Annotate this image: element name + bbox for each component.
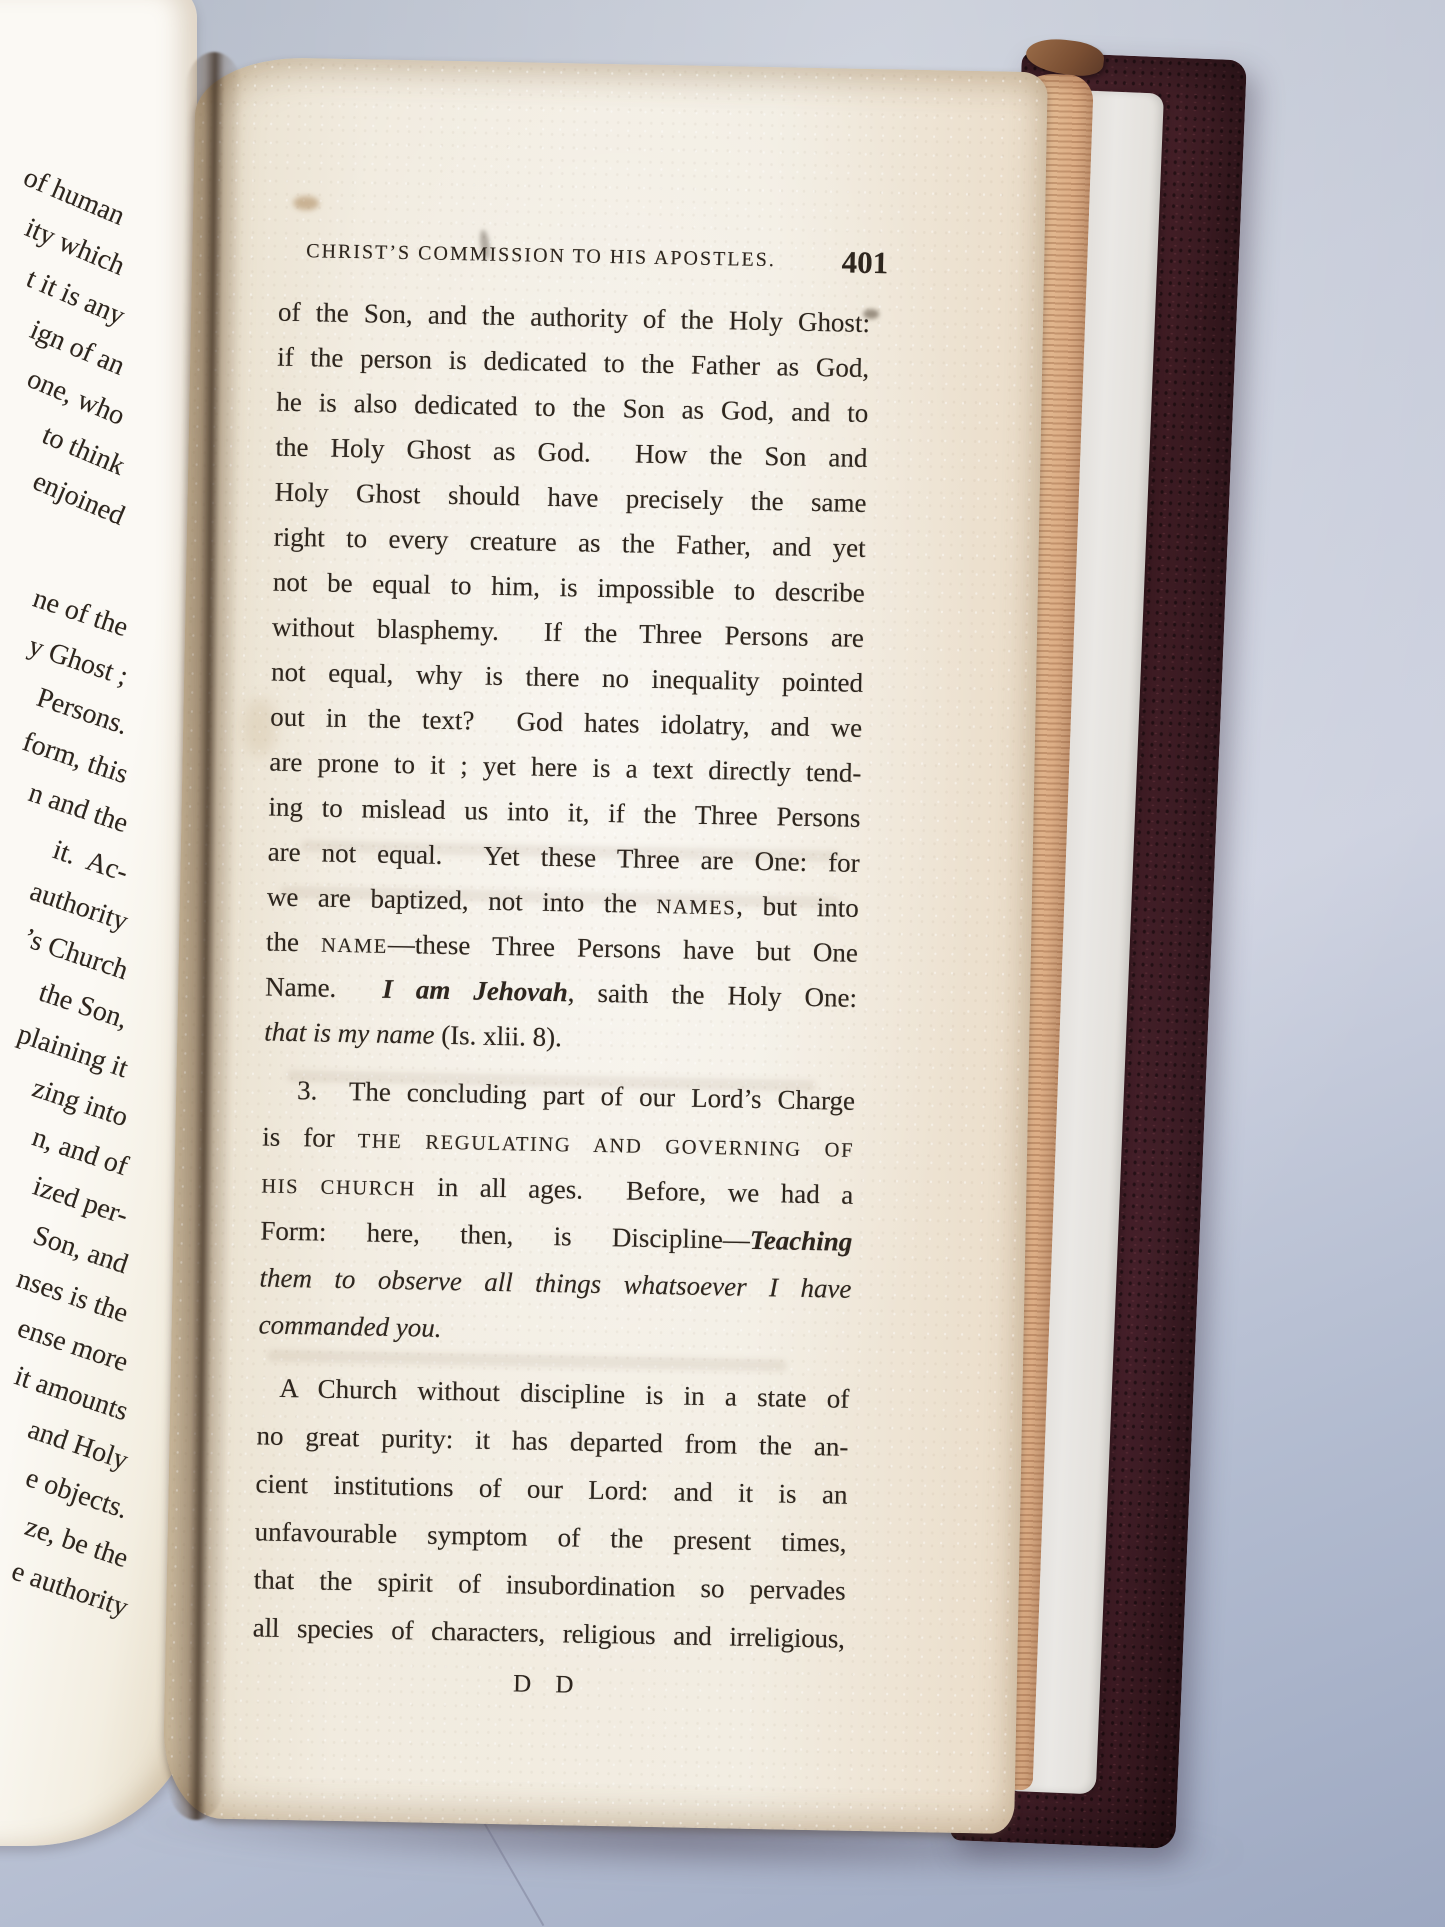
text-segment: (Is. xlii. 8). bbox=[434, 1020, 562, 1052]
text-segment: if the person is dedicated to the Father… bbox=[277, 342, 869, 383]
text-segment: not be equal to him, is impossible to de… bbox=[273, 567, 865, 608]
text-segment: the bbox=[266, 927, 322, 958]
text-segment: HIS CHURCH bbox=[261, 1175, 416, 1200]
text-segment: in all ages. Before, we had a bbox=[416, 1171, 854, 1209]
text-segment: cient institutions of our Lord: and it i… bbox=[255, 1468, 847, 1509]
text-segment: Form: here, then, is Discipline— bbox=[260, 1215, 750, 1254]
text-segment: NAMES bbox=[656, 896, 736, 920]
text-segment: them to observe all things whatsoever I … bbox=[259, 1262, 851, 1303]
text-segment: A Church without discipline is in a stat… bbox=[279, 1373, 849, 1414]
left-page-text-upper: of humanity whicht it is anyign of anone… bbox=[0, 193, 123, 543]
signature-mark: D D bbox=[252, 1665, 844, 1704]
text-segment: THE REGULATING AND GOVERNING OF bbox=[358, 1130, 855, 1162]
text-line: all species of characters, religious and… bbox=[252, 1603, 845, 1662]
text-segment: Name. bbox=[265, 972, 383, 1004]
text-segment: unfavourable symptom of the present time… bbox=[254, 1516, 846, 1557]
text-segment: not equal, why is there no inequality po… bbox=[271, 657, 863, 698]
text-segment: all species of characters, religious and… bbox=[253, 1612, 845, 1653]
right-page: CHRIST’S COMMISSION TO HIS APOSTLES. 401… bbox=[162, 56, 1048, 1834]
text-segment: of the Son, and the authority of the Hol… bbox=[278, 297, 870, 338]
text-segment: that the spirit of insubordination so pe… bbox=[253, 1564, 845, 1605]
text-segment: he is also dedicated to the Son as God, … bbox=[276, 387, 868, 428]
text-segment: we are baptized, not into the bbox=[267, 882, 657, 919]
paragraph: of the Son, and the authority of the Hol… bbox=[264, 290, 871, 1066]
text-segment: , saith the Holy One: bbox=[568, 977, 858, 1013]
text-segment: is for bbox=[262, 1121, 358, 1153]
text-segment: NAME bbox=[321, 935, 388, 958]
text-segment: are not equal. Yet these Three are One: … bbox=[267, 837, 859, 878]
paragraphs: of the Son, and the authority of the Hol… bbox=[252, 290, 870, 1663]
running-title: CHRIST’S COMMISSION TO HIS APOSTLES. bbox=[306, 240, 776, 272]
text-segment: —these Three Persons have but One bbox=[388, 929, 859, 968]
text-segment: 3. The concluding part of our Lord’s Cha… bbox=[297, 1075, 855, 1116]
foxing-stain bbox=[293, 196, 319, 210]
text-segment: that is my name bbox=[264, 1016, 435, 1049]
paragraph: A Church without discipline is in a stat… bbox=[252, 1363, 849, 1662]
text-segment: out in the text? God hates idolatry, and… bbox=[270, 702, 862, 743]
text-segment: Teaching bbox=[750, 1225, 853, 1257]
text-segment: right to every creature as the Father, a… bbox=[274, 522, 866, 563]
text-segment: no great purity: it has departed from th… bbox=[256, 1420, 848, 1461]
text-segment: ing to mislead us into it, if the Three … bbox=[268, 792, 860, 833]
text-segment: , but into bbox=[736, 891, 859, 923]
text-segment: commanded you. bbox=[258, 1309, 441, 1343]
text-segment: are prone to it ; yet here is a text dir… bbox=[269, 747, 861, 788]
text-segment: I am Jehovah bbox=[382, 974, 568, 1008]
text-segment: the Holy Ghost as God. How the Son and bbox=[275, 432, 867, 473]
paragraph: 3. The concluding part of our Lord’s Cha… bbox=[258, 1066, 855, 1359]
text-segment: without blasphemy. If the Three Persons … bbox=[272, 612, 864, 653]
left-page-text-lower: ne of they Ghost ;Persons.form, thisn an… bbox=[0, 604, 127, 1633]
body-text: of the Son, and the authority of the Hol… bbox=[252, 290, 871, 1705]
photo-background: of humanity whicht it is anyign of anone… bbox=[0, 0, 1445, 1927]
page-number: 401 bbox=[841, 251, 888, 274]
text-segment: Holy Ghost should have precisely the sam… bbox=[274, 477, 866, 518]
running-header: CHRIST’S COMMISSION TO HIS APOSTLES. 401 bbox=[292, 240, 888, 274]
